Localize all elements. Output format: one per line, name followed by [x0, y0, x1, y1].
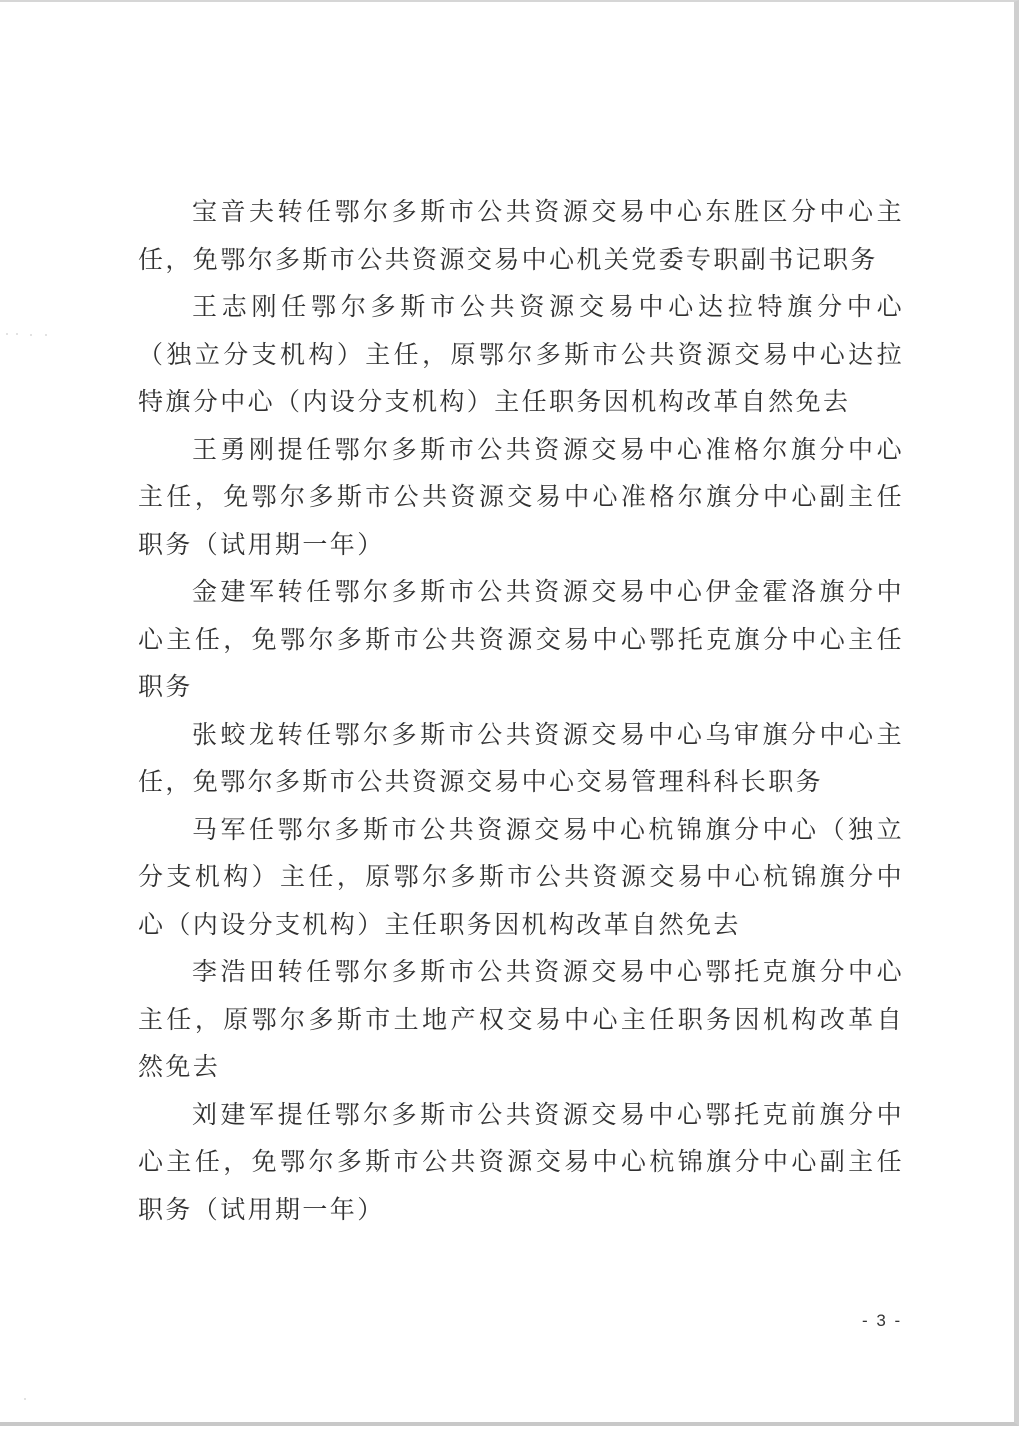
appointment-paragraph-5: 张蛟龙转任鄂尔多斯市公共资源交易中心乌审旗分中心主任，免鄂尔多斯市公共资源交易中… — [138, 711, 904, 806]
appointment-paragraph-3: 王勇刚提任鄂尔多斯市公共资源交易中心准格尔旗分中心主任，免鄂尔多斯市公共资源交易… — [138, 426, 904, 569]
appointment-paragraph-6: 马军任鄂尔多斯市公共资源交易中心杭锦旗分中心（独立分支机构）主任，原鄂尔多斯市公… — [138, 806, 904, 949]
page-number: - 3 - — [862, 1311, 902, 1331]
appointment-paragraph-4: 金建军转任鄂尔多斯市公共资源交易中心伊金霍洛旗分中心主任，免鄂尔多斯市公共资源交… — [138, 568, 904, 711]
appointment-paragraph-2: 王志刚任鄂尔多斯市公共资源交易中心达拉特旗分中心（独立分支机构）主任，原鄂尔多斯… — [138, 283, 904, 426]
scan-speck — [45, 334, 47, 336]
scan-speck — [6, 333, 8, 335]
scan-speck — [30, 334, 32, 336]
appointment-paragraph-7: 李浩田转任鄂尔多斯市公共资源交易中心鄂托克旗分中心主任，原鄂尔多斯市土地产权交易… — [138, 948, 904, 1091]
appointment-paragraph-8: 刘建军提任鄂尔多斯市公共资源交易中心鄂托克前旗分中心主任，免鄂尔多斯市公共资源交… — [138, 1091, 904, 1234]
document-page: 宝音夫转任鄂尔多斯市公共资源交易中心东胜区分中心主任，免鄂尔多斯市公共资源交易中… — [0, 0, 1019, 1426]
appointment-paragraph-1: 宝音夫转任鄂尔多斯市公共资源交易中心东胜区分中心主任，免鄂尔多斯市公共资源交易中… — [138, 188, 904, 283]
document-body: 宝音夫转任鄂尔多斯市公共资源交易中心东胜区分中心主任，免鄂尔多斯市公共资源交易中… — [138, 188, 904, 1233]
scan-speck — [16, 333, 18, 335]
scan-speck — [24, 1398, 26, 1400]
